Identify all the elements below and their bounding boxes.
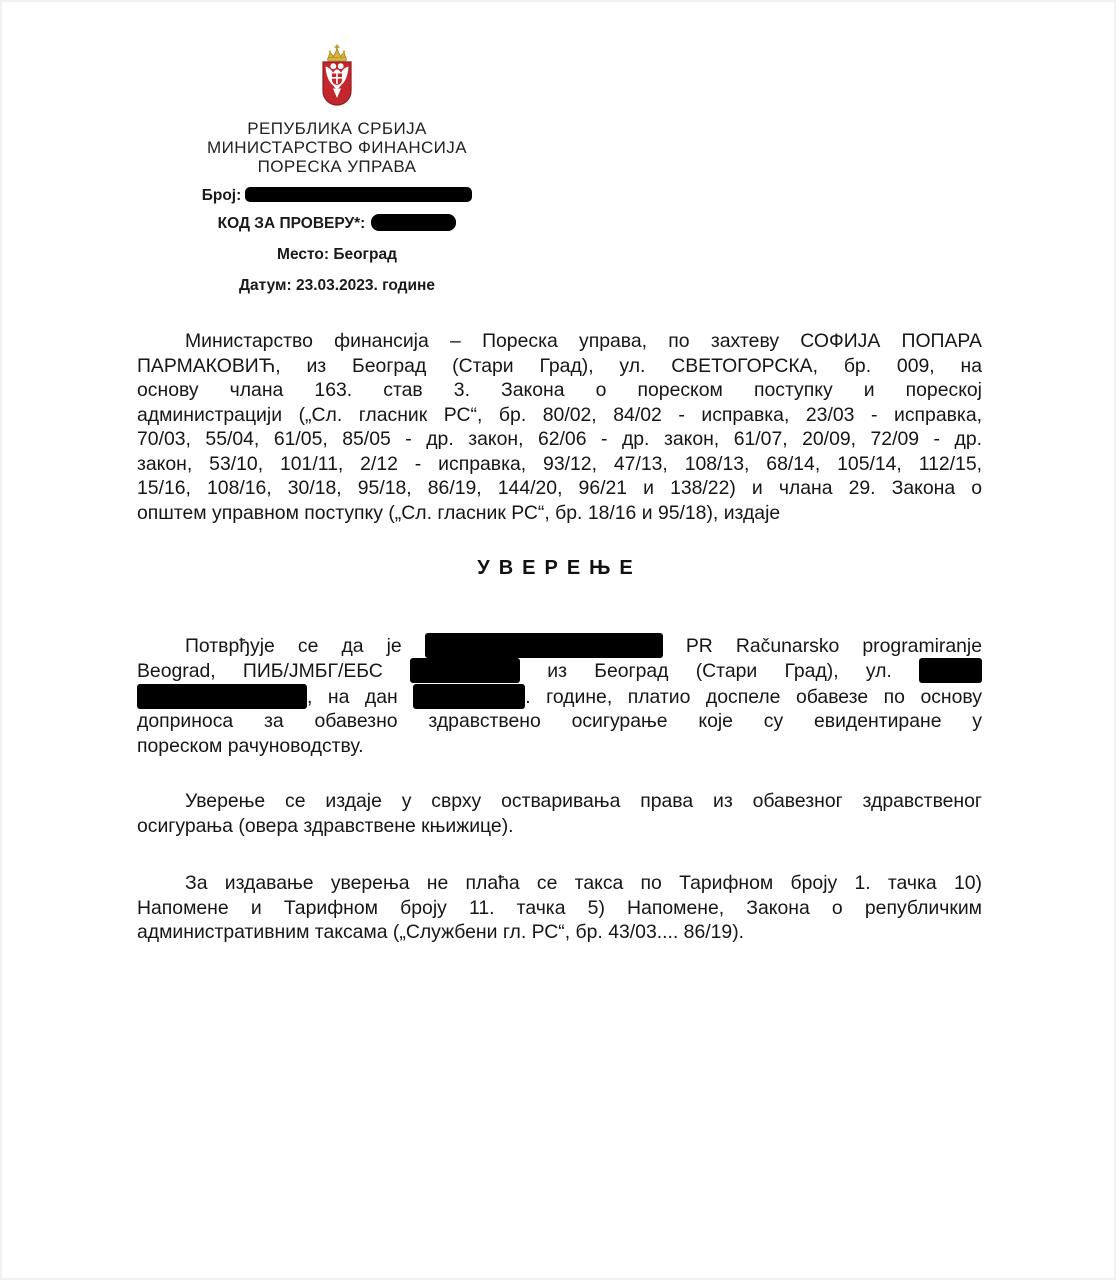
intro-line: општем управном поступку („Сл. гласник Р… [137,501,982,526]
tax-note-line: административним таксама („Службени гл. … [137,920,982,945]
intro-paragraph: Министарство финансија – Пореска управа,… [137,329,982,525]
intro-line: 70/03, 55/04, 61/05, 85/05 - др. закон, … [137,427,982,452]
number-label: Број: [202,187,242,204]
document-header: РЕПУБЛИКА СРБИЈА МИНИСТАРСТВО ФИНАНСИЈА … [137,0,537,295]
verification-code-line: КОД ЗА ПРОВЕРУ*: [137,214,537,233]
date-line: Датум: 23.03.2023. године [137,276,537,295]
ministry-name: МИНИСТАРСТВО ФИНАНСИЈА [137,138,537,157]
certification-line: пореском рачуноводству. [137,734,982,759]
place-line: Место: Београд [137,245,537,264]
document-body: Министарство финансија – Пореска управа,… [137,329,982,945]
certification-text: , на дан [307,686,413,708]
certification-text: . године, платио доспеле обавезе по осно… [525,686,982,708]
country-name: РЕПУБЛИКА СРБИЈА [137,119,537,138]
redaction-bar [137,684,307,709]
intro-line: ПАРМАКОВИЋ, из Београд (Стари Град), ул.… [137,354,982,379]
intro-line: Министарство финансија – Пореска управа,… [137,329,982,354]
purpose-paragraph: Уверење се издаје у сврху остваривања пр… [137,789,982,838]
tax-note-line: Напомене и Тарифном броју 11. тачка 5) Н… [137,896,982,921]
tax-certificate-document: РЕПУБЛИКА СРБИЈА МИНИСТАРСТВО ФИНАНСИЈА … [0,0,1116,1280]
intro-line: администрацији („Сл. гласник РС“, бр. 80… [137,403,982,428]
certification-paragraph: Потврђује се да је PR Računarsko program… [137,633,982,759]
certification-text: Beograd, ПИБ/ЈМБГ/ЕБС [137,660,383,682]
certification-line: Потврђује се да је PR Računarsko program… [137,633,982,659]
redaction-bar [413,684,525,709]
certification-line: доприноса за обавезно здравствено осигур… [137,709,982,734]
document-title: УВЕРЕЊЕ [137,556,982,581]
administration-name: ПОРЕСКА УПРАВА [137,157,537,176]
redaction-bar [425,633,663,658]
purpose-line: Уверење се издаје у сврху остваривања пр… [137,789,982,814]
intro-line: основу члана 163. став 3. Закона о порес… [137,378,982,403]
tax-note-line: За издавање уверења не плаћа се такса по… [137,871,982,896]
certification-line: Beograd, ПИБ/ЈМБГ/ЕБС из Београд (Стари … [137,658,982,684]
certification-text: Потврђује се да је [185,635,402,657]
purpose-line: осигурања (овера здравствене књижице). [137,814,982,839]
redaction-bar [919,658,982,683]
serbia-coat-of-arms-icon [316,43,358,113]
certification-text: PR Računarsko programiranje [686,635,982,657]
redaction-bar [245,187,472,202]
intro-line: закон, 53/10, 101/11, 2/12 - исправка, 9… [137,452,982,477]
redaction-bar [410,658,520,683]
certification-text: из Београд (Стари Град), ул. [547,660,892,682]
intro-line: 15/16, 108/16, 30/18, 95/18, 86/19, 144/… [137,476,982,501]
redaction-bar [371,214,456,231]
verification-code-label: КОД ЗА ПРОВЕРУ*: [218,215,366,232]
document-number-line: Број: [137,186,537,205]
certification-line: , на дан . године, платио доспеле обавез… [137,684,982,710]
tax-note-paragraph: За издавање уверења не плаћа се такса по… [137,871,982,945]
